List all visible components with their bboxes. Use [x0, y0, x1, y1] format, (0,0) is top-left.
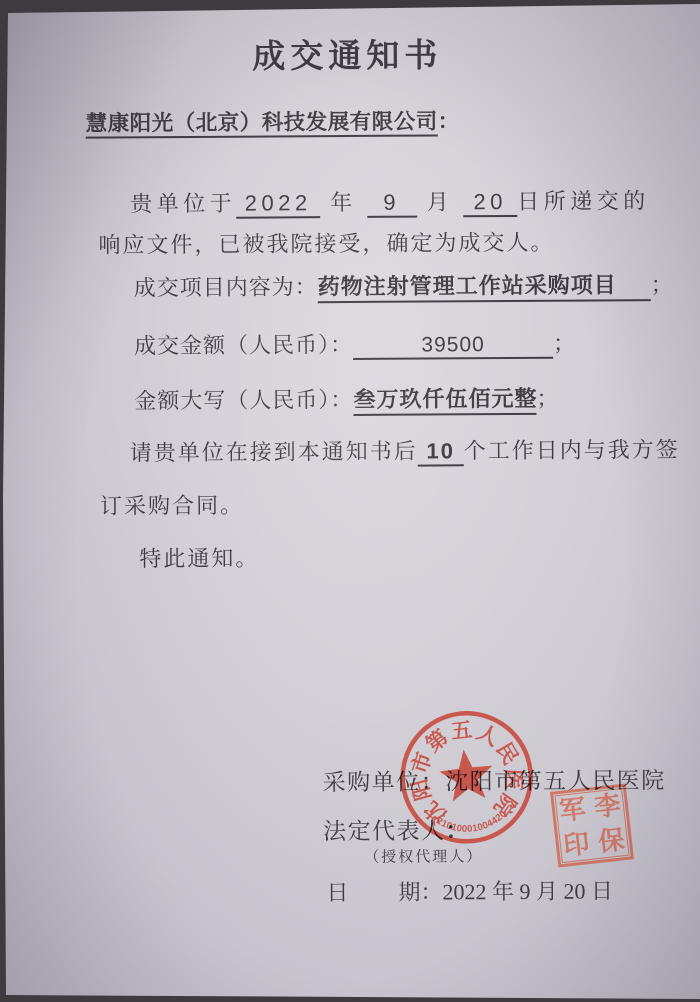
- submit-prefix: 贵单位于: [130, 191, 236, 217]
- svg-text:五: 五: [450, 717, 474, 743]
- amount-label: 成交金额（人民币）：: [134, 332, 353, 358]
- amount-value: 39500: [353, 333, 553, 360]
- date-label-right: 期：: [398, 879, 442, 904]
- official-round-seal: 沈阳市第五人民医院 21010001004420: [386, 697, 547, 858]
- project-label: 成交项目内容为：: [134, 274, 318, 300]
- notice-days-blank: 10: [418, 438, 464, 466]
- month-unit: 月: [427, 189, 454, 214]
- document-paper: 成交通知书 慧康阳光（北京）科技发展有限公司： 贵单位于2022年9月20日所递…: [0, 0, 700, 1002]
- amount-words-line: 金额大写（人民币）：叁万玖仟伍佰元整；: [134, 382, 559, 418]
- closing-line: 特此通知。: [139, 542, 259, 574]
- submit-suffix: 日所递交的: [517, 188, 650, 214]
- document-title: 成交通知书: [0, 28, 697, 79]
- recipient-line: 慧康阳光（北京）科技发展有限公司：: [86, 104, 460, 137]
- date-line: 日期：2022 年 9 月 20 日: [326, 874, 613, 907]
- project-line: 成交项目内容为：药物注射管理工作站采购项目；: [134, 268, 674, 304]
- name-seal-char-2: 李: [588, 787, 627, 826]
- amount-line: 成交金额（人民币）：39500；: [134, 327, 576, 362]
- amount-words-semicolon: ；: [536, 386, 559, 411]
- submit-year-blank: 2022: [236, 190, 320, 219]
- project-semicolon: ；: [651, 272, 674, 297]
- notice-period-line: 请贵单位在接到本通知书后10个工作日内与我方签: [130, 433, 680, 468]
- svg-text:阳: 阳: [407, 776, 436, 803]
- amount-semicolon: ；: [553, 331, 576, 356]
- recipient-colon: ：: [438, 109, 460, 133]
- recipient-company: 慧康阳光（北京）科技发展有限公司: [86, 109, 438, 138]
- amount-words-label: 金额大写（人民币）：: [134, 387, 353, 413]
- name-seal-char-1: 军: [553, 791, 592, 830]
- paragraph-accepted: 响应文件，已被我院接受，确定为成交人。: [98, 226, 554, 260]
- document-content: 成交通知书 慧康阳光（北京）科技发展有限公司： 贵单位于2022年9月20日所递…: [0, 0, 700, 1002]
- notice-prefix: 请贵单位在接到本通知书后: [130, 439, 418, 466]
- seal-star-icon: [437, 747, 495, 803]
- submit-day-blank: 20: [463, 189, 517, 217]
- name-seal-char-4: 保: [592, 822, 631, 861]
- name-seal-char-3: 印: [557, 826, 596, 865]
- svg-text:医: 医: [501, 768, 526, 790]
- amount-words-value: 叁万玖仟伍佰元整: [353, 382, 536, 416]
- name-seal: 军 李 印 保: [550, 784, 634, 868]
- photo-frame: 成交通知书 慧康阳光（北京）科技发展有限公司： 贵单位于2022年9月20日所递…: [0, 0, 700, 1002]
- notice-line2: 订采购合同。: [100, 489, 244, 521]
- project-value: 药物注射管理工作站采购项目: [318, 268, 651, 303]
- year-unit: 年: [330, 190, 357, 215]
- svg-text:市: 市: [407, 749, 436, 776]
- submit-month-blank: 9: [367, 190, 417, 218]
- notice-suffix: 个工作日内与我方签: [464, 437, 680, 463]
- date-label-left: 日: [326, 880, 348, 905]
- date-value: 2022 年 9 月 20 日: [442, 878, 613, 904]
- paragraph-submit-date: 贵单位于2022年9月20日所递交的: [130, 184, 650, 219]
